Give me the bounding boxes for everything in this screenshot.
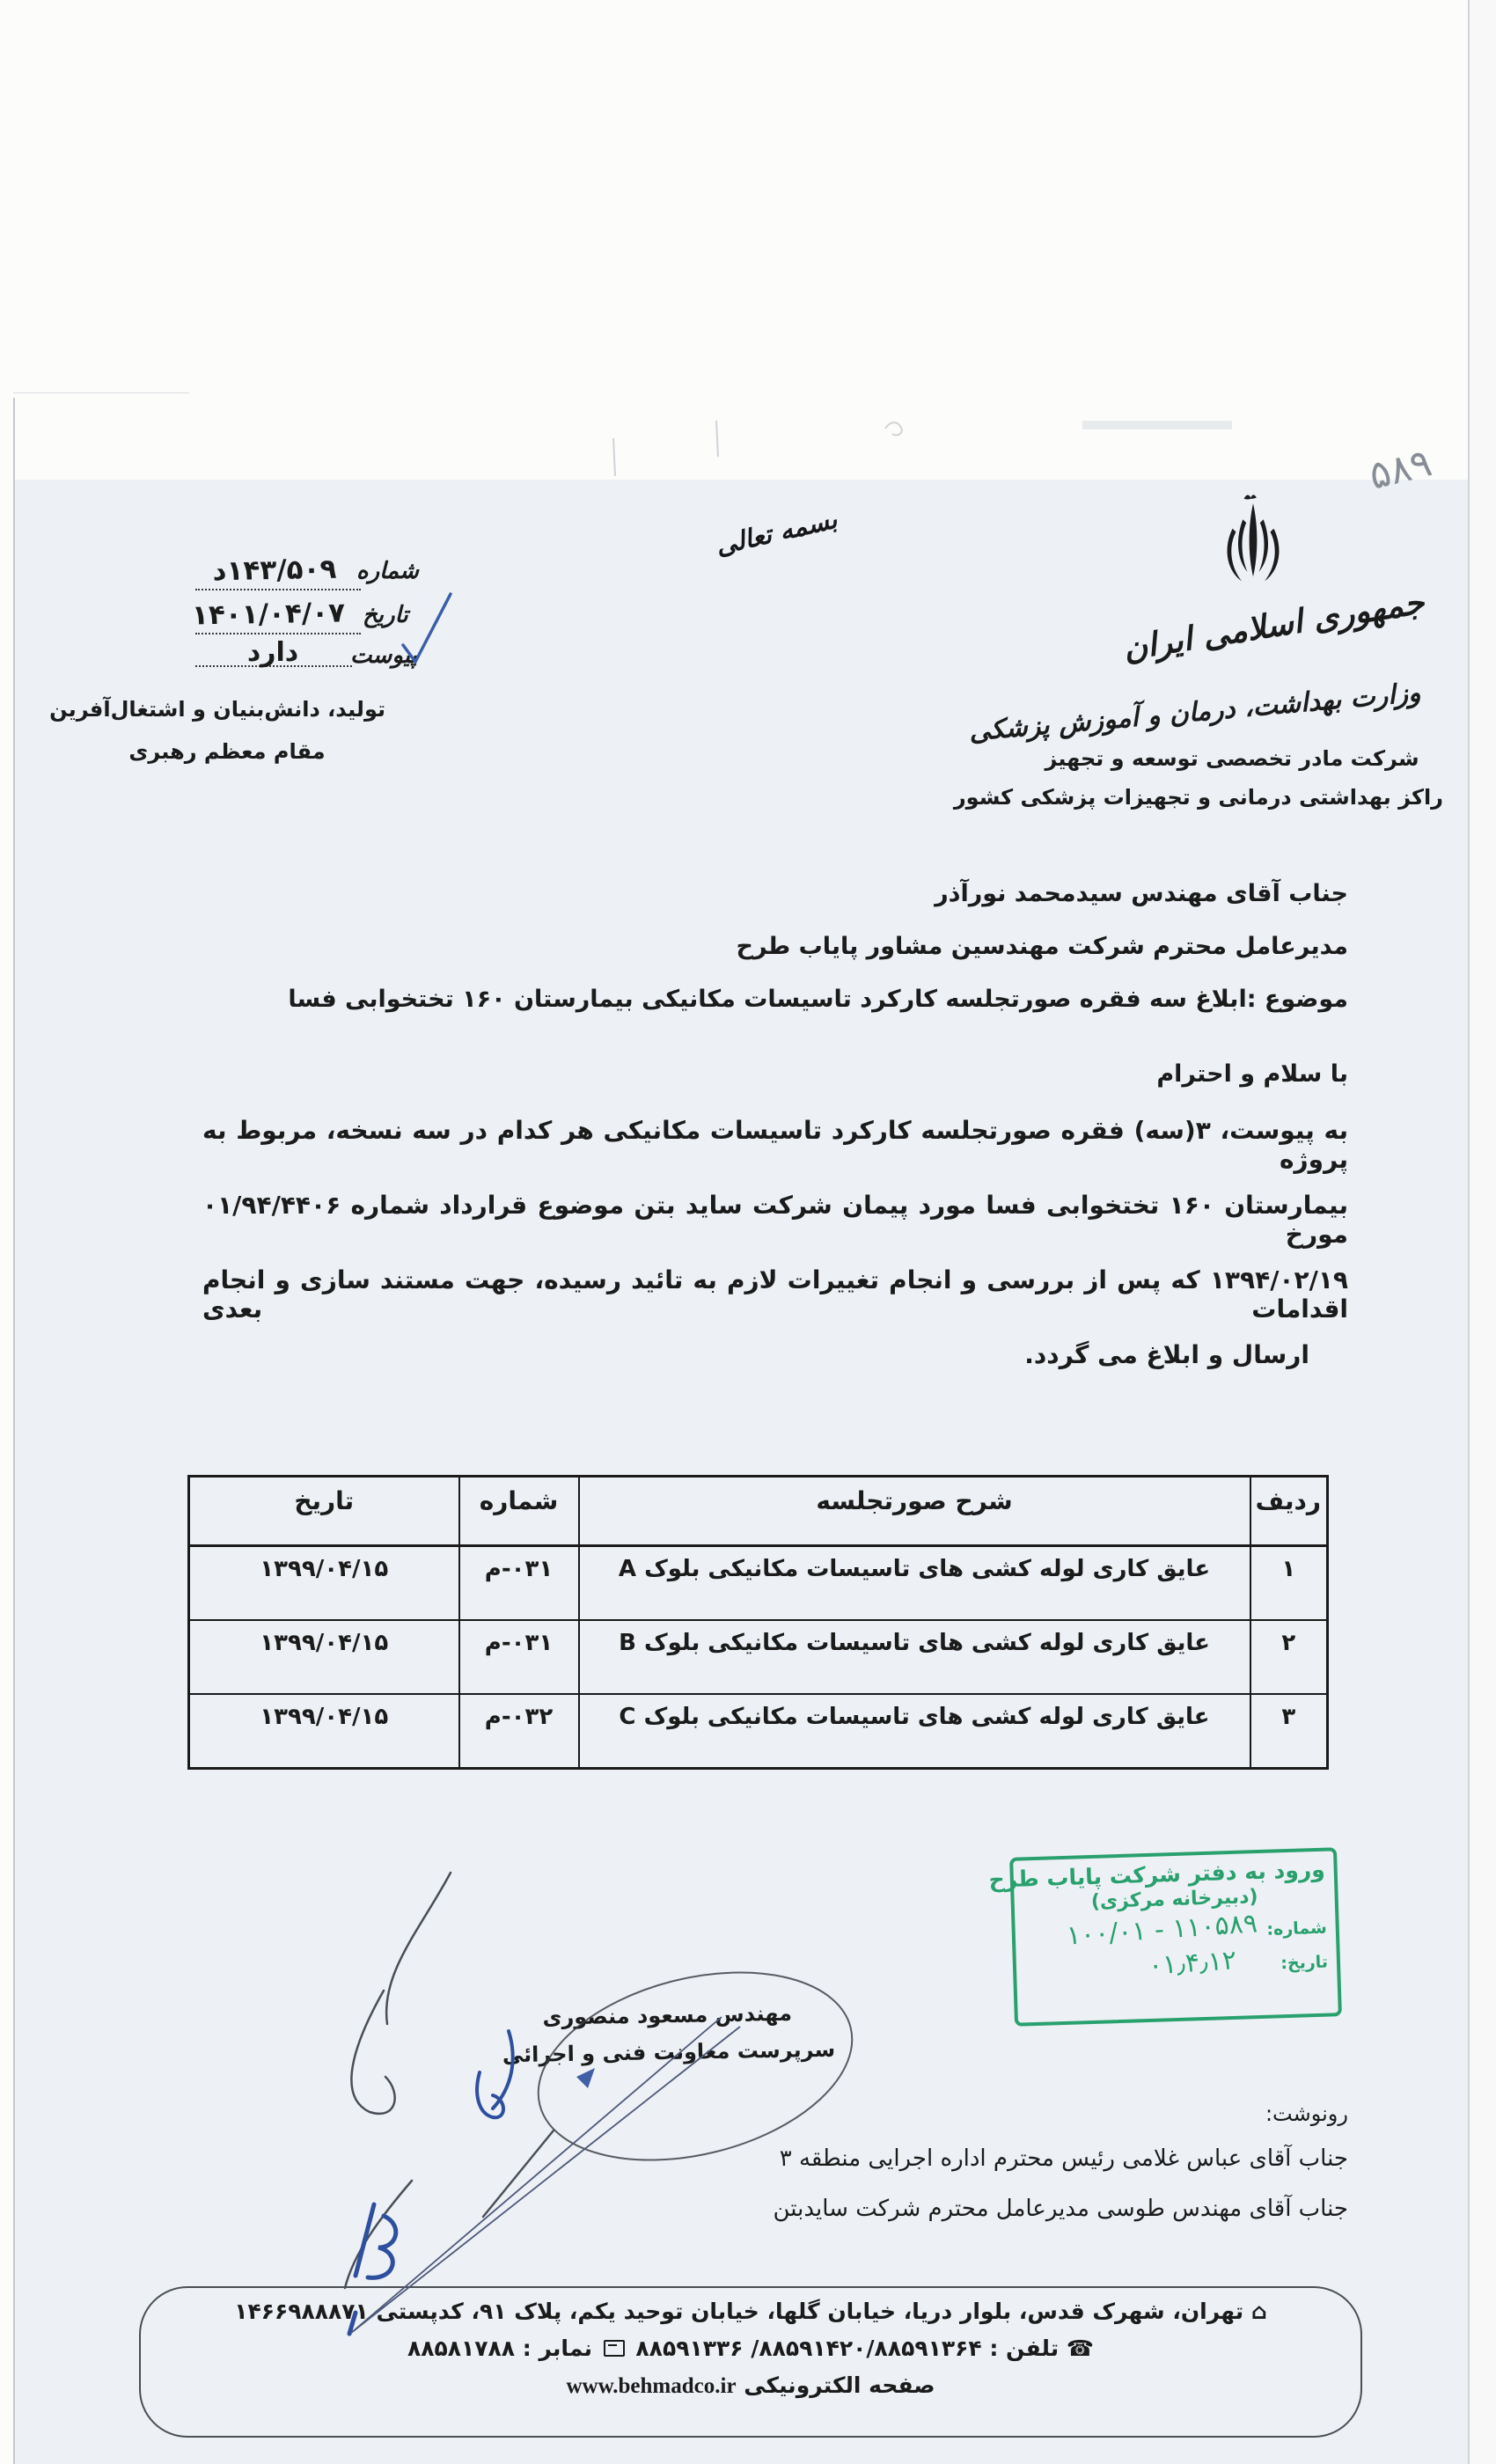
cell-number: ۰۳۱-م (459, 1620, 579, 1694)
cell-description: عایق کاری لوله کشی های تاسیسات مکانیکی ب… (579, 1694, 1250, 1769)
signatory-name: مهندس مسعود منصوری (563, 2001, 792, 2030)
cell-row-number: ۲ (1250, 1620, 1328, 1694)
footer-contact-box: ⌂ تهران، شهرک قدس، بلوار دریا، خیابان گل… (139, 2286, 1362, 2438)
fax-icon (604, 2340, 625, 2357)
date-field-value: ۱۴۰۱/۰۴/۰۷ (176, 597, 362, 632)
date-field-line (195, 632, 361, 634)
slogan-line2: مقام معظم رهبری (69, 739, 385, 764)
cell-row-number: ۳ (1250, 1694, 1328, 1769)
footer-address-line: ⌂ تهران، شهرک قدس، بلوار دریا، خیابان گل… (141, 2299, 1360, 2324)
cell-date: ۱۳۹۹/۰۴/۱۵ (189, 1694, 459, 1769)
number-field-line (195, 588, 361, 590)
stamp-date-value: ۰۱٫۴٫۱۲ (1148, 1945, 1237, 1982)
entry-stamp: ورود به دفتر شرکت پایاب طرح (دبیرخانه مر… (1009, 1847, 1342, 2027)
body-paragraph-line4: ارسال و ابلاغ می گردد. (202, 1340, 1309, 1369)
body-paragraph-line1: به پیوست، ۳(سه) فقره صورتجلسه کارکرد تاس… (202, 1116, 1348, 1174)
col-header-description: شرح صورتجلسه (579, 1477, 1250, 1546)
scan-left-edge-line (13, 398, 15, 2464)
col-header-row-number: ردیف (1250, 1477, 1328, 1546)
fax-label: نمابر : (523, 2336, 592, 2361)
footer-web-line: صفحه الکترونیکی www.behmadco.ir (141, 2372, 1360, 2399)
table-row: ۲ عایق کاری لوله کشی های تاسیسات مکانیکی… (189, 1620, 1328, 1694)
col-header-date: تاریخ (189, 1477, 459, 1546)
recipient-name-line: جناب آقای مهندس سیدمحمد نورآذر (935, 880, 1348, 907)
cell-date: ۱۳۹۹/۰۴/۱۵ (189, 1546, 459, 1621)
body-paragraph-line2: بیمارستان ۱۶۰ تختخوابی فسا مورد پیمان شر… (202, 1191, 1348, 1249)
phone-label: تلفن : (989, 2336, 1059, 2361)
scan-artifact-line (13, 392, 189, 393)
attachment-field-label: پیوست (350, 642, 417, 669)
website-url[interactable]: www.behmadco.ir (566, 2374, 736, 2398)
body-paragraph-line3: ۱۳۹۴/۰۲/۱۹ که پس از بررسی و انجام تغییرا… (202, 1265, 1348, 1324)
number-field-value: ۱۴۳/۵۰۹د (195, 553, 355, 587)
phone-numbers: ۸۸۵۹۱۴۲۰/۸۸۵۹۱۳۶۴/ ۸۸۵۹۱۳۳۶ (635, 2336, 981, 2361)
table-row: ۱ عایق کاری لوله کشی های تاسیسات مکانیکی… (189, 1546, 1328, 1621)
cell-number: ۰۳۱-م (459, 1546, 579, 1621)
cell-date: ۱۳۹۹/۰۴/۱۵ (189, 1620, 459, 1694)
table-row: ۳ عایق کاری لوله کشی های تاسیسات مکانیکی… (189, 1694, 1328, 1769)
web-label: صفحه الکترونیکی (744, 2372, 935, 2398)
cell-number: ۰۳۲-م (459, 1694, 579, 1769)
minutes-table: ردیف شرح صورتجلسه شماره تاریخ ۱ عایق کار… (187, 1475, 1329, 1770)
scan-right-edge (1468, 0, 1496, 2464)
salutation-line: با سلام و احترام (1156, 1060, 1348, 1088)
footer-phone-line: ☎ تلفن : ۸۸۵۹۱۴۲۰/۸۸۵۹۱۳۶۴/ ۸۸۵۹۱۳۳۶ نما… (141, 2336, 1360, 2361)
cell-row-number: ۱ (1250, 1546, 1328, 1621)
fax-number: ۸۸۵۸۱۷۸۸ (407, 2336, 515, 2361)
cc-label: رونوشت: (1265, 2101, 1348, 2126)
phone-icon: ☎ (1067, 2336, 1094, 2361)
address-icon: ⌂ (1251, 2299, 1267, 2324)
recipient-title-line: مدیرعامل محترم شرکت مهندسین مشاور پایاب … (736, 933, 1348, 960)
company-name-line1: شرکت مادر تخصصی توسعه و تجهیز (1038, 746, 1426, 771)
stamp-date-label: تاریخ: (1280, 1953, 1328, 1974)
cc-line-1: جناب آقای عباس غلامی رئیس محترم اداره اج… (780, 2145, 1348, 2172)
stamp-number-label: شماره: (1266, 1918, 1327, 1940)
cc-line-2: جناب آقای مهندس طوسی مدیرعامل محترم شرکت… (773, 2196, 1348, 2222)
scanned-letter-page: ۵۸۹ بسمه تعالی جمهوری اسلامی ایران وزارت… (0, 0, 1496, 2464)
attachment-field-value: دارد (220, 637, 326, 668)
subject-line: موضوع :ابلاغ سه فقره صورتجلسه کارکرد تاس… (288, 986, 1348, 1013)
company-name-line2: راکز بهداشتی درمانی و تجهیزات پزشکی کشور (1021, 785, 1443, 810)
cell-description: عایق کاری لوله کشی های تاسیسات مکانیکی ب… (579, 1620, 1250, 1694)
number-field-label: شماره (356, 558, 419, 584)
iran-emblem-icon (1219, 491, 1287, 607)
date-field-label: تاریخ (363, 602, 408, 628)
cell-description: عایق کاری لوله کشی های تاسیسات مکانیکی ب… (579, 1546, 1250, 1621)
footer-address-text: تهران، شهرک قدس، بلوار دریا، خیابان گلها… (234, 2299, 1243, 2324)
table-header-row: ردیف شرح صورتجلسه شماره تاریخ (189, 1477, 1328, 1546)
col-header-number: شماره (459, 1477, 579, 1546)
slogan-line1: تولید، دانش‌بنیان و اشتغال‌آفرین (69, 697, 385, 722)
